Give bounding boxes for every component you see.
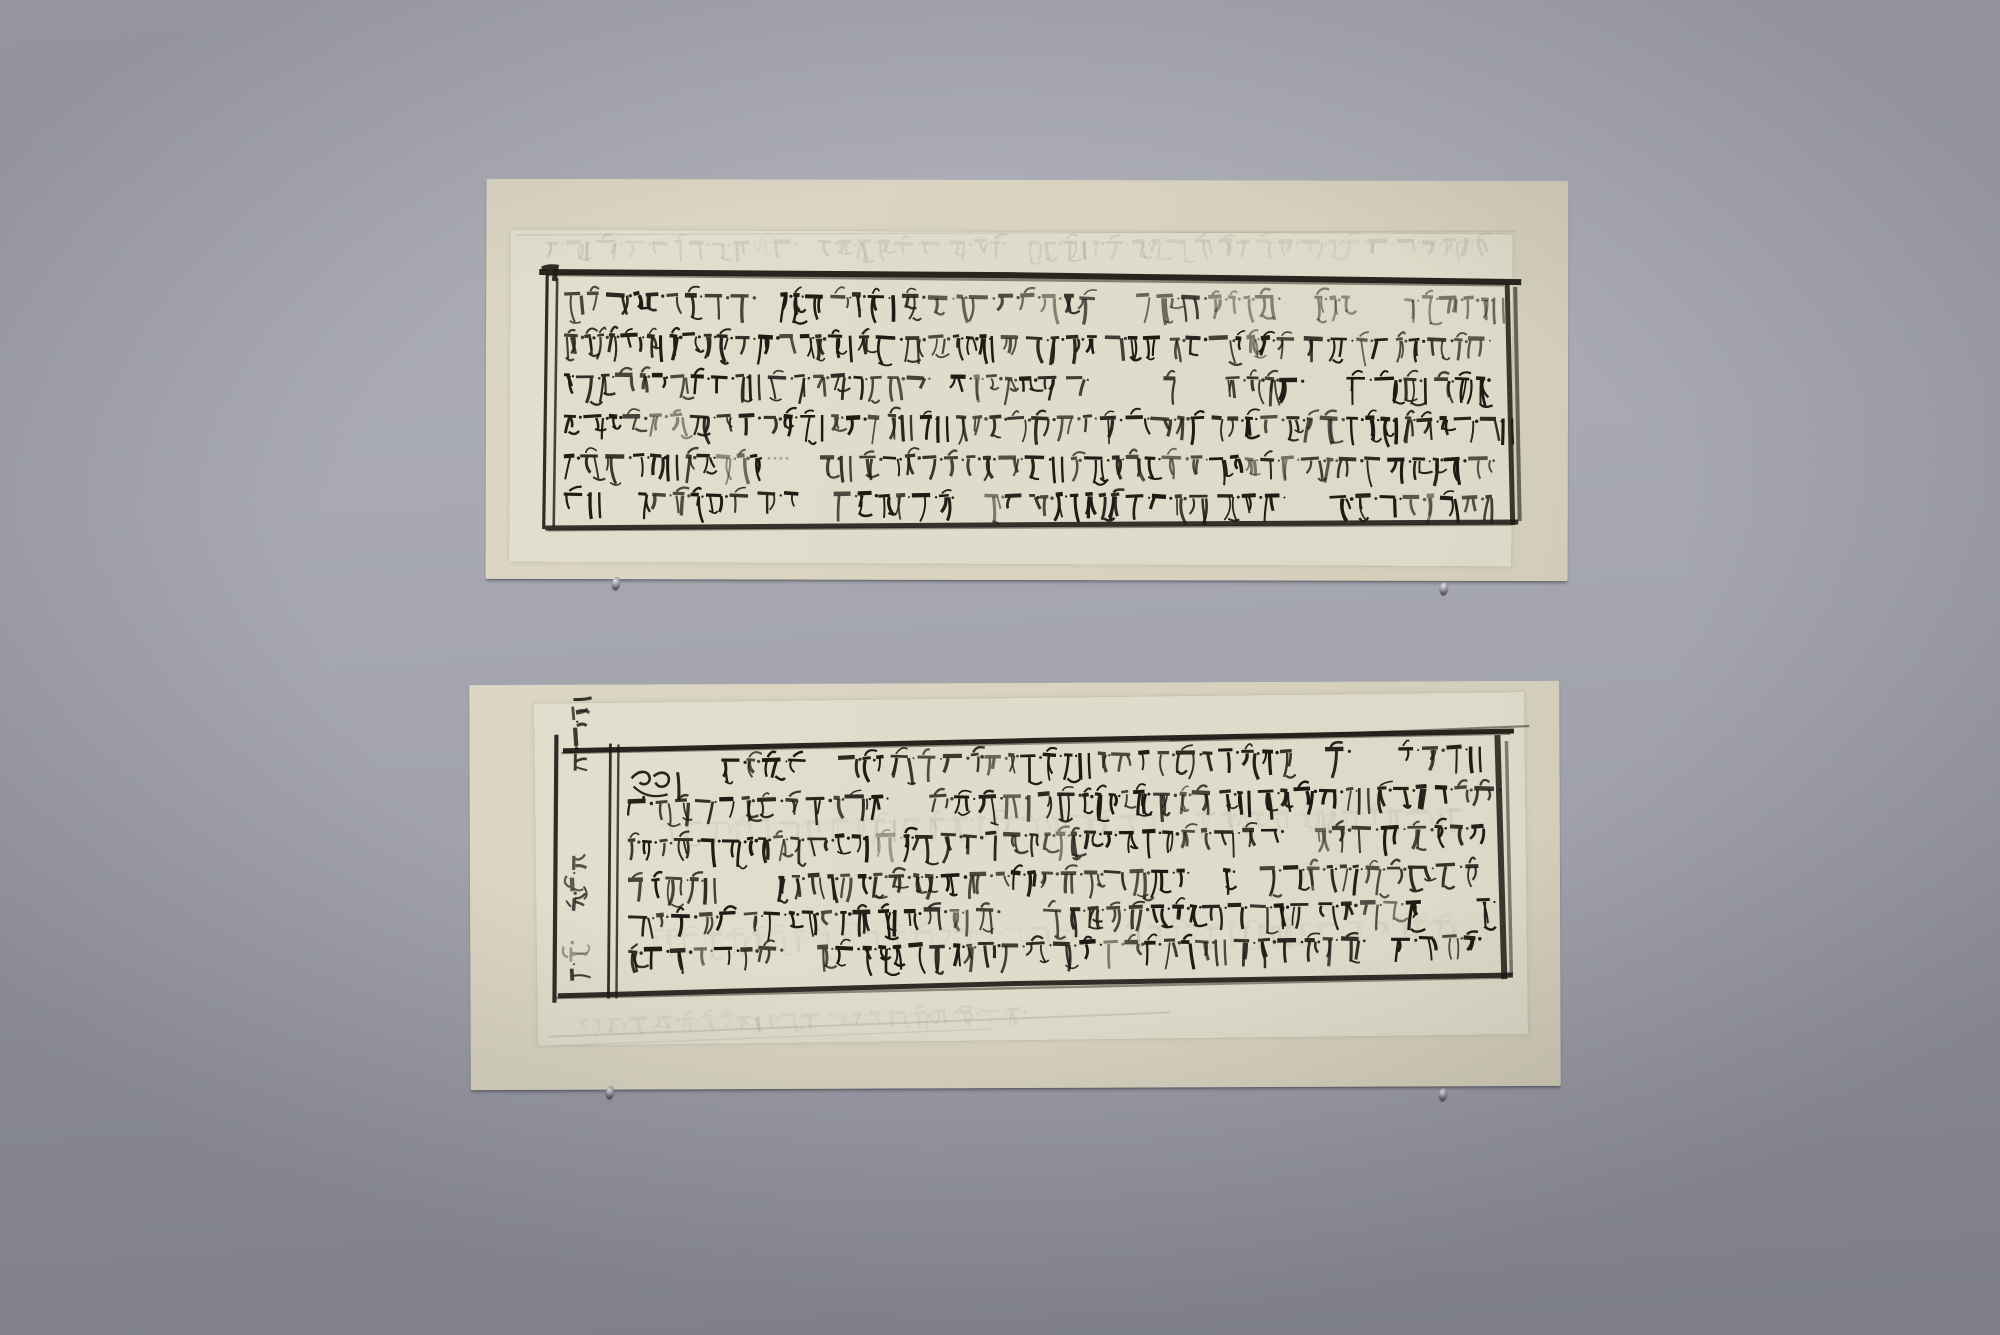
folio-lower [469,681,1561,1090]
woodblock-print-upper [486,179,1569,581]
photo-scene: Photograph of two oblong Tibetan woodblo… [0,0,2000,1335]
woodblock-print-lower [469,681,1561,1090]
folio-upper [486,179,1569,581]
